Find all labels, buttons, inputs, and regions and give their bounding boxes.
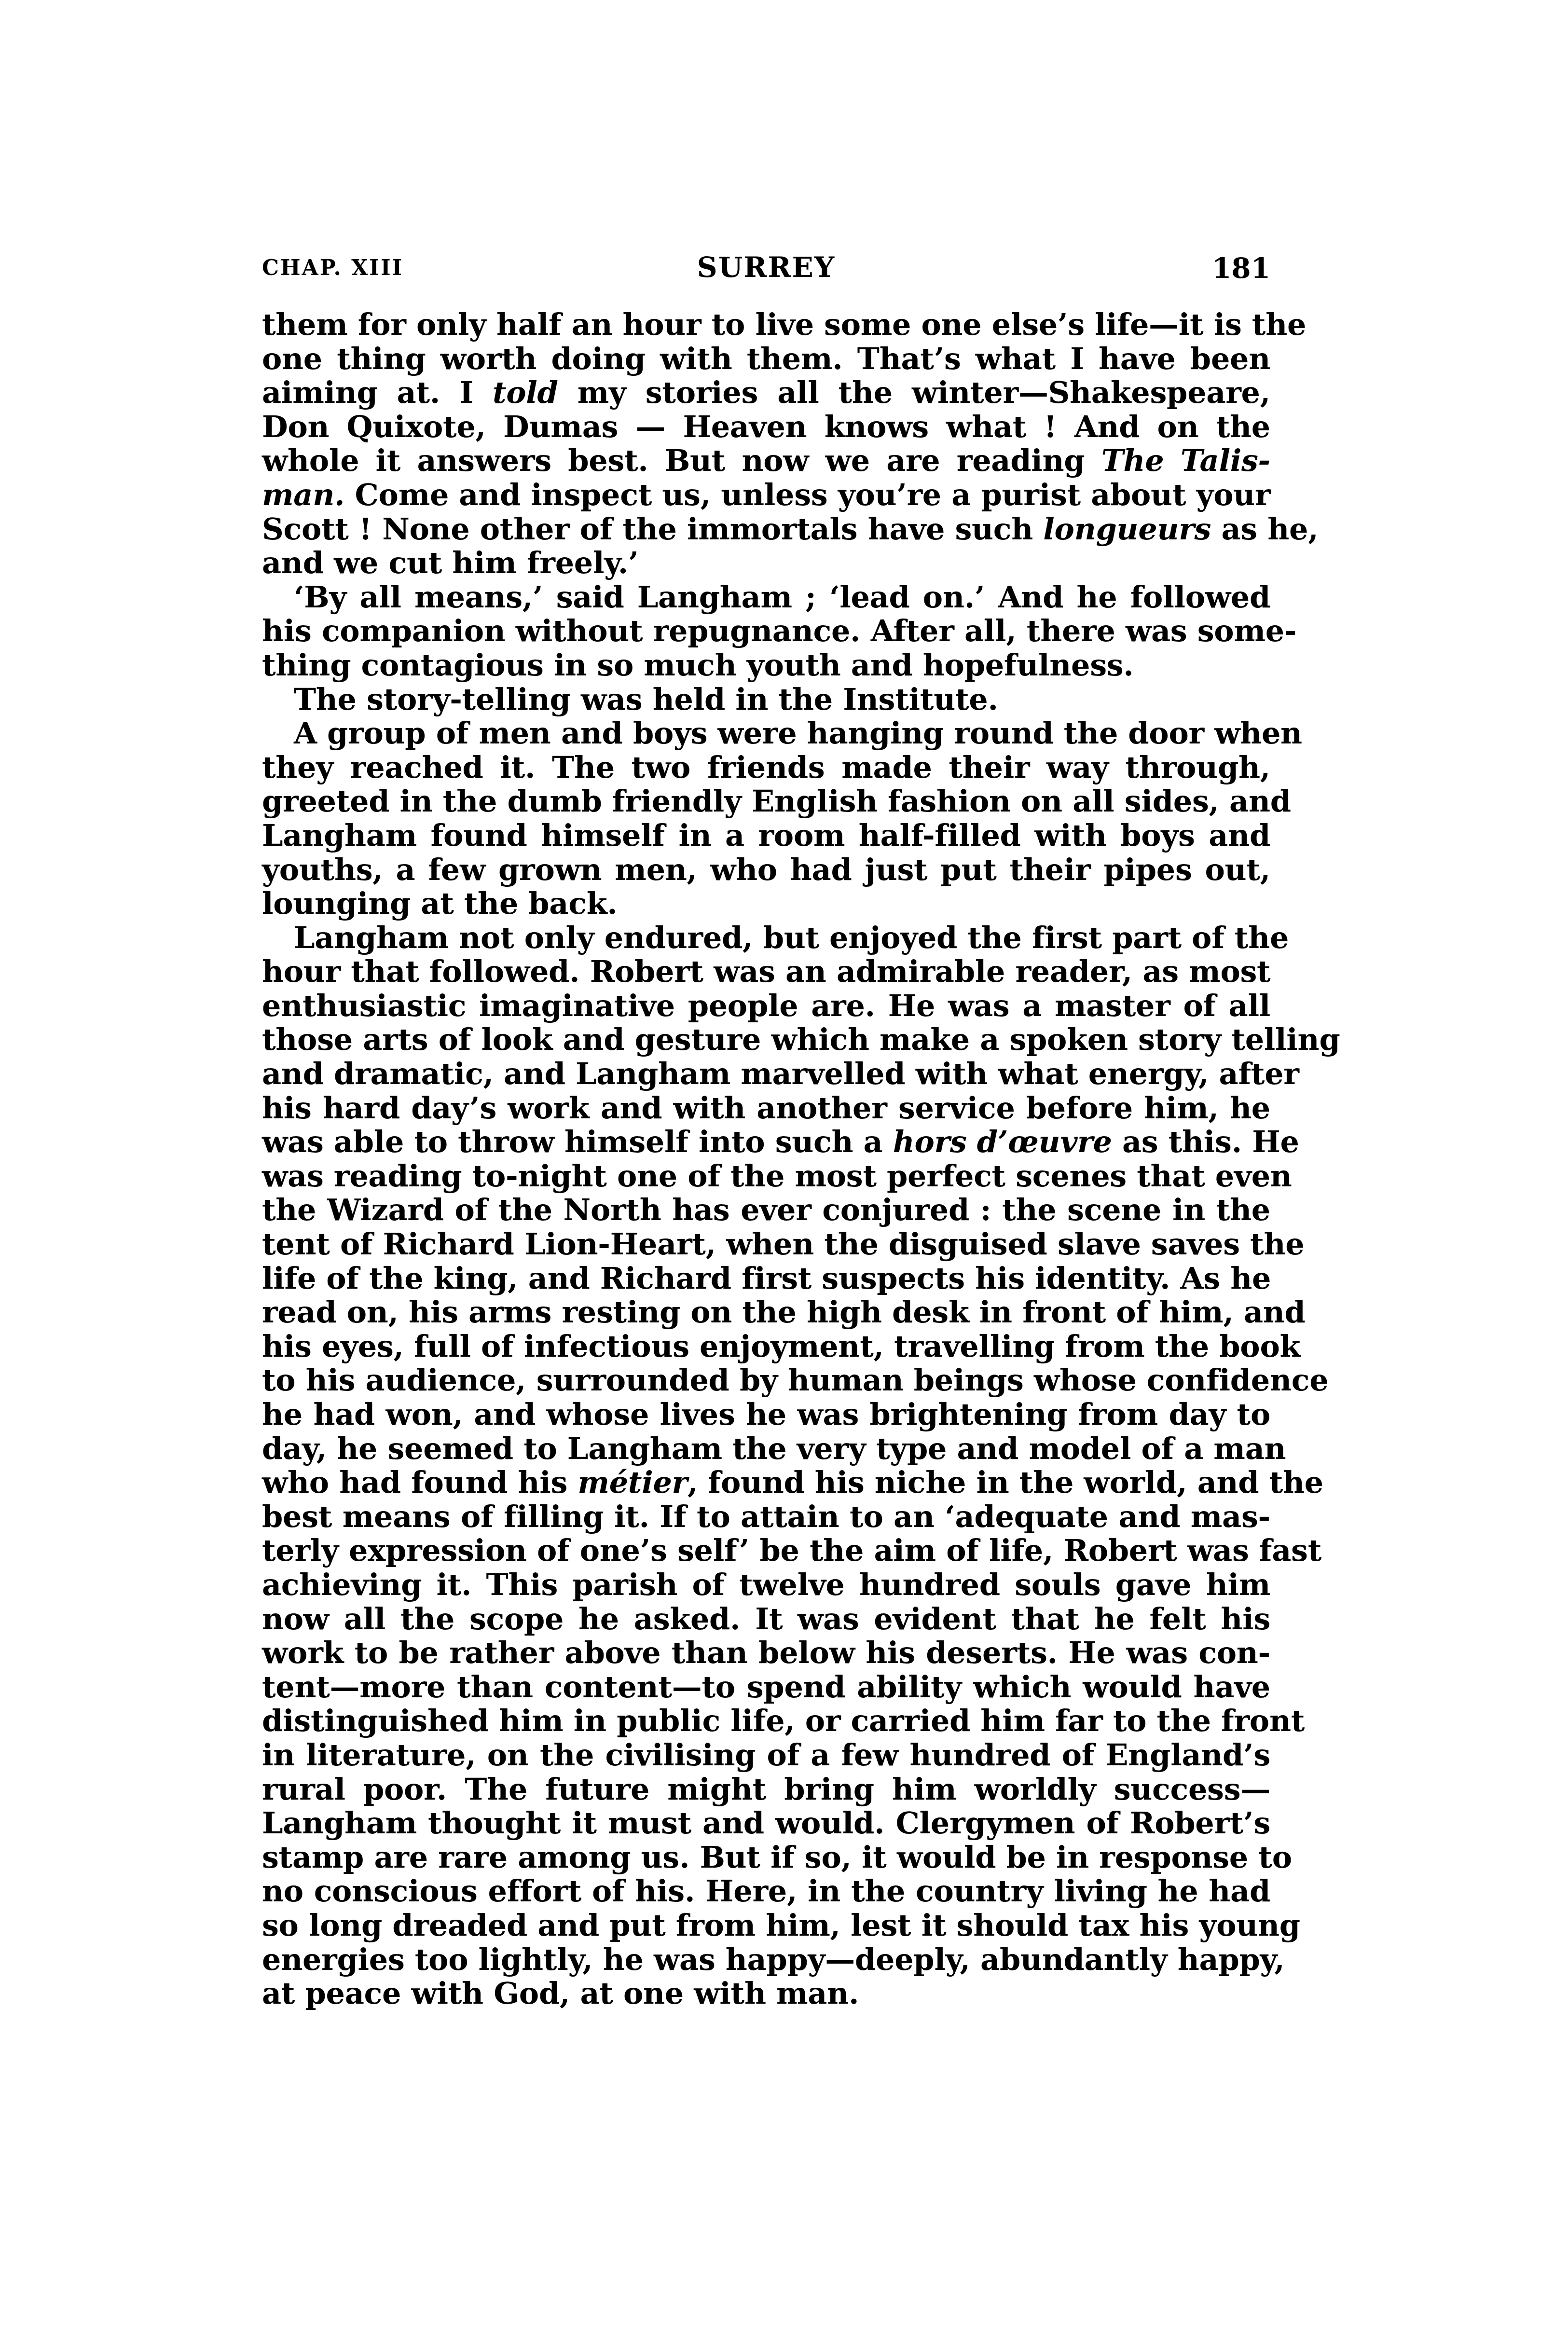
text-line: now all the scope he asked. It was evide… (262, 1602, 1270, 1637)
text-line: his companion without repugnance. After … (262, 614, 1270, 648)
paragraph: them for only half an hour to live some … (262, 308, 1270, 580)
text-line: distinguished him in public life, or car… (262, 1704, 1270, 1738)
text-line: aiming at. I told my stories all the win… (262, 376, 1270, 410)
text-line: man. Come and inspect us, unless you’re … (262, 478, 1270, 512)
text-line: terly expression of one’s self’ be the a… (262, 1534, 1270, 1568)
text-line: rural poor. The future might bring him w… (262, 1773, 1270, 1807)
text-line: tent—more than content—to spend ability … (262, 1670, 1270, 1705)
text-line: lounging at the back. (262, 887, 1270, 921)
text-line: Langham not only endured, but enjoyed th… (262, 921, 1270, 955)
text-line: and we cut him freely.’ (262, 546, 1270, 580)
running-title: SURREY (262, 251, 1270, 284)
text-line: Scott ! None other of the immortals have… (262, 512, 1270, 547)
text-line: hour that followed. Robert was an admira… (262, 955, 1270, 989)
text-line: one thing worth doing with them. That’s … (262, 342, 1270, 376)
text-line: whole it answers best. But now we are re… (262, 444, 1270, 478)
paragraph: A group of men and boys were hanging rou… (262, 716, 1270, 921)
text-line: was able to throw himself into such a ho… (262, 1125, 1270, 1159)
text-line: stamp are rare among us. But if so, it w… (262, 1841, 1270, 1875)
text-line: greeted in the dumb friendly English fas… (262, 784, 1270, 819)
paragraph: ‘By all means,’ said Langham ; ‘lead on.… (262, 580, 1270, 683)
text-line: was reading to-night one of the most per… (262, 1159, 1270, 1194)
paragraph: The story-telling was held in the Instit… (262, 683, 1270, 717)
page-number: 181 (1212, 252, 1270, 285)
text-line: the Wizard of the North has ever conjure… (262, 1193, 1270, 1227)
text-line: life of the king, and Richard first susp… (262, 1262, 1270, 1296)
text-line: A group of men and boys were hanging rou… (262, 716, 1270, 751)
text-line: work to be rather above than below his d… (262, 1636, 1270, 1670)
text-line: enthusiastic imaginative people are. He … (262, 989, 1270, 1023)
text-line: read on, his arms resting on the high de… (262, 1295, 1270, 1330)
text-line: tent of Richard Lion-Heart, when the dis… (262, 1227, 1270, 1262)
text-line: at peace with God, at one with man. (262, 1977, 1270, 2011)
text-line: Langham found himself in a room half-fil… (262, 819, 1270, 853)
text-line: to his audience, surrounded by human bei… (262, 1363, 1270, 1398)
text-line: his eyes, full of infectious enjoyment, … (262, 1330, 1270, 1364)
text-line: he had won, and whose lives he was brigh… (262, 1398, 1270, 1432)
text-line: no conscious effort of his. Here, in the… (262, 1874, 1270, 1909)
text-line: energies too lightly, he was happy—deepl… (262, 1943, 1270, 1977)
text-line: who had found his métier, found his nich… (262, 1466, 1270, 1500)
text-line: thing contagious in so much youth and ho… (262, 648, 1270, 683)
text-line: they reached it. The two friends made th… (262, 751, 1270, 785)
running-head: CHAP. XIII SURREY 181 (262, 251, 1270, 285)
text-line: ‘By all means,’ said Langham ; ‘lead on.… (262, 580, 1270, 615)
paragraph: Langham not only endured, but enjoyed th… (262, 921, 1270, 2011)
text-line: day, he seemed to Langham the very type … (262, 1432, 1270, 1466)
text-line: achieving it. This parish of twelve hund… (262, 1568, 1270, 1602)
text-line: Don Quixote, Dumas — Heaven knows what !… (262, 410, 1270, 444)
text-line: so long dreaded and put from him, lest i… (262, 1909, 1270, 1943)
text-line: and dramatic, and Langham marvelled with… (262, 1057, 1270, 1091)
text-line: them for only half an hour to live some … (262, 308, 1270, 342)
text-line: those arts of look and gesture which mak… (262, 1023, 1270, 1057)
text-line: in literature, on the civilising of a fe… (262, 1738, 1270, 1773)
text-line: youths, a few grown men, who had just pu… (262, 853, 1270, 887)
text-line: The story-telling was held in the Instit… (262, 683, 1270, 717)
text-line: best means of filling it. If to attain t… (262, 1500, 1270, 1534)
body-text: them for only half an hour to live some … (262, 308, 1270, 2011)
text-line: his hard day’s work and with another ser… (262, 1091, 1270, 1126)
text-line: Langham thought it must and would. Clerg… (262, 1806, 1270, 1841)
book-page: CHAP. XIII SURREY 181 them for only half… (262, 251, 1270, 2011)
